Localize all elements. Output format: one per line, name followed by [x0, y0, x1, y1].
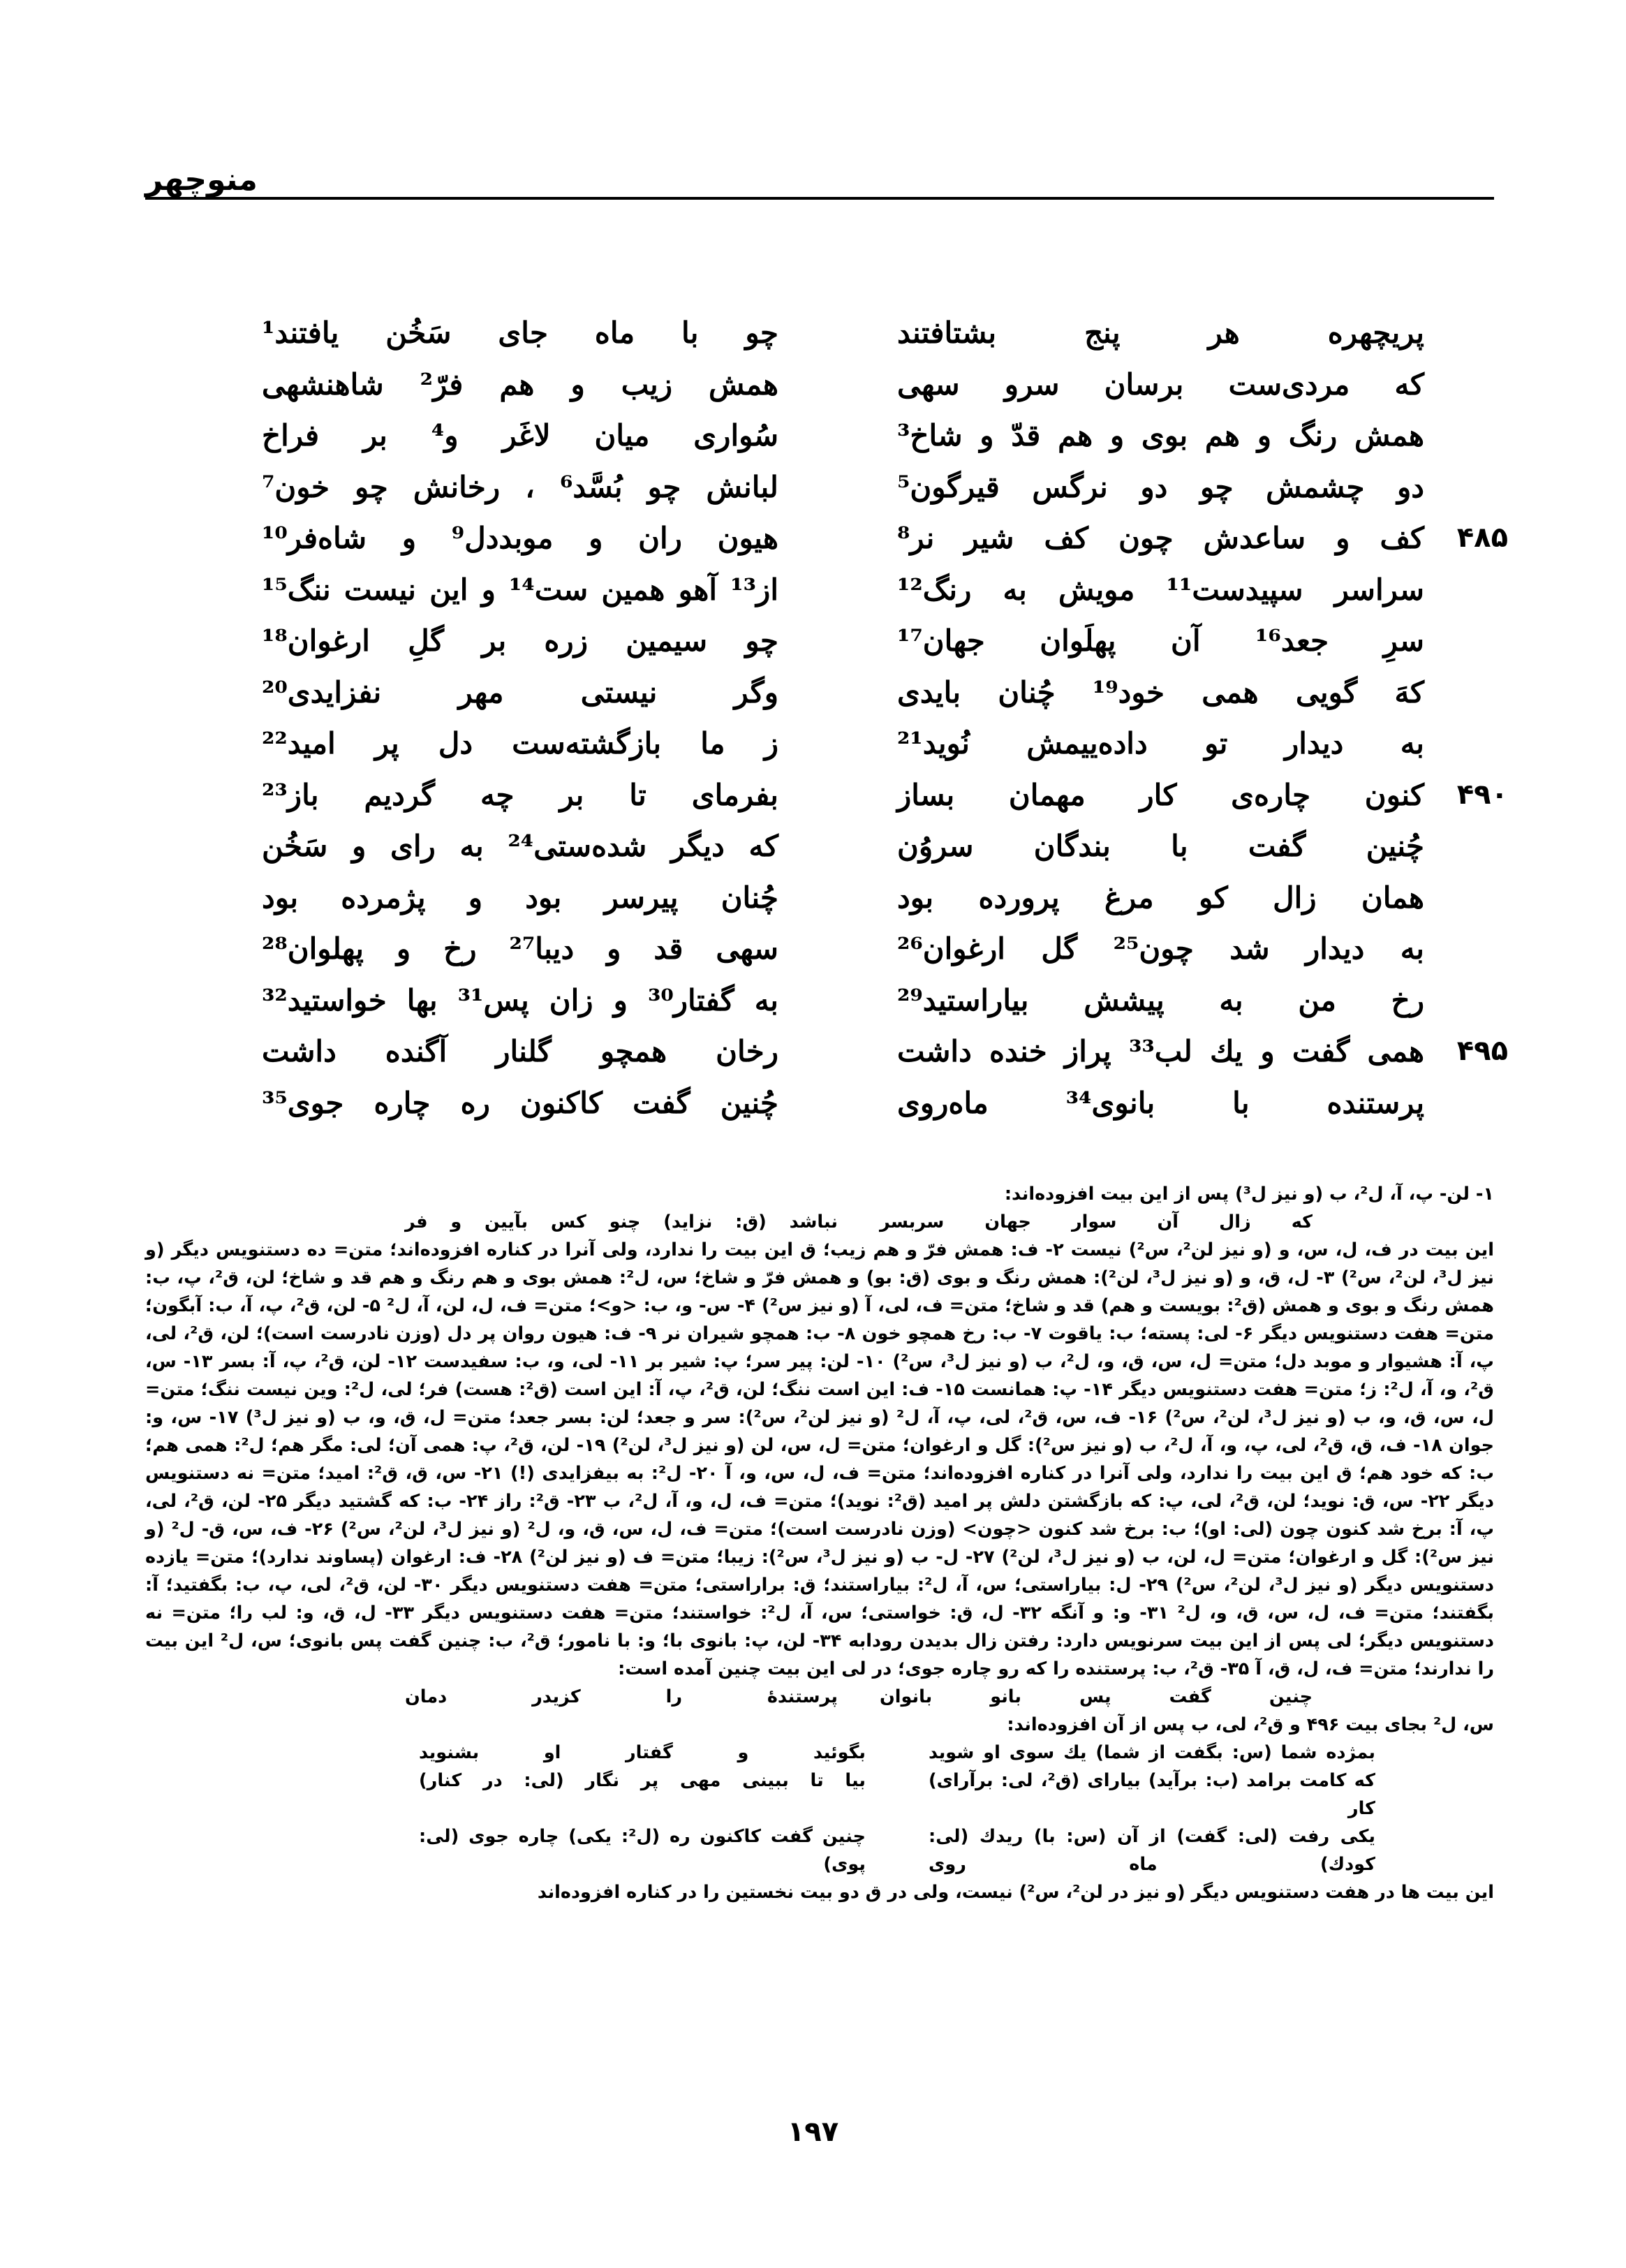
verse-row: رخ من به پیشش بیاراستید²⁹به گفتار³⁰ و زا… [251, 975, 1424, 1026]
hemistich-second: نباشد (ق: نزاید) چنو کس بآیین و فر [405, 1208, 838, 1236]
footnote-closing: این بیت ها در هفت دستنویس دیگر (و نیز در… [145, 1878, 1494, 1906]
running-header-title: منوچهر [145, 162, 258, 198]
verse-row: کهَ گویی همی خود¹⁹ چُنان بایدیوگر نیستی … [251, 667, 1424, 719]
hemistich-second: سهی قد و دیبا²⁷ رخ و پهلوان²⁸ [262, 923, 778, 975]
hemistich-second: پرستندهٔ را کزیدر دمان [405, 1683, 838, 1711]
verse-row: همش رنگ و هم بوی و هم قدّ و شاخ³سُواری م… [251, 410, 1424, 462]
verse-row: سرِ جعد¹⁶ آن پهلَوان جهان¹⁷چو سیمین زره … [251, 615, 1424, 667]
hemistich-second: سُواری میان لاغَر و⁴ بر فراخ [262, 410, 778, 462]
hemistich-second: لبانش چو بُسَّد⁶ ، رخانش چو خون⁷ [262, 462, 778, 513]
header-rule [145, 197, 1494, 200]
hemistich-second: ز ما بازگشته‌ست دل پر امید²² [262, 718, 778, 769]
hemistich-first: سراسر سپیدست¹¹ مویش به رنگ¹² [897, 564, 1424, 616]
hemistich-first: که مردی‌ست برسان سرو سهی [897, 359, 1424, 411]
verse-number: ۴۹۵ [1457, 1026, 1508, 1077]
footnotes-section: ۱- لن- پ، آ، ل²، ب (و نیز ل³) پس از این … [145, 1180, 1494, 1906]
hemistich-second: همش زیب و هم فرّ² شاهنشهی [262, 359, 778, 411]
hemistich-first: همش رنگ و هم بوی و هم قدّ و شاخ³ [897, 410, 1424, 462]
hemistich-first: پریچهره هر پنج بشتافتند [897, 307, 1424, 359]
footnote-added-verse: که کامت برامد (ب: برآید) بیارای (ق²، لی:… [145, 1767, 1494, 1822]
hemistich-first: کهَ گویی همی خود¹⁹ چُنان بایدی [897, 667, 1424, 719]
hemistich-second: هیون ران و موبددل⁹ و شاه‌فر¹⁰ [262, 513, 778, 564]
footnote-added-verse: یکی رفت (لی: گفت) از آن (س: با) ریدك (لی… [145, 1822, 1494, 1878]
hemistich-first: که کامت برامد (ب: برآید) بیارای (ق²، لی:… [929, 1767, 1375, 1822]
footnote-intro: ۱- لن- پ، آ، ل²، ب (و نیز ل³) پس از این … [145, 1180, 1494, 1208]
hemistich-first: چنین گفت پس بانو بانوان [880, 1683, 1313, 1711]
hemistich-first: سرِ جعد¹⁶ آن پهلَوان جهان¹⁷ [897, 615, 1424, 667]
hemistich-second: که دیگر شده‌ستی²⁴ به رای و سَخُن [262, 820, 778, 872]
hemistich-second: بیا تا ببینی مهی پر نگار (لی: در کنار) [419, 1767, 866, 1822]
footnote-added-verse: بمژده شما (س: بگفت از شما) یك سوی او شوی… [145, 1739, 1494, 1767]
verse-row: چُنین گفت با بندگان سروُنکه دیگر شده‌ستی… [251, 820, 1424, 872]
hemistich-first: کف و ساعدش چون کف شیر نر⁸ [897, 513, 1424, 564]
page-number: ۱۹۷ [0, 2116, 1626, 2148]
verse-row: ۴۹۰کنون چاره‌ی کار مهمان بسازبفرمای تا ب… [251, 769, 1424, 821]
hemistich-second: چنین گفت کاکنون ره (ل²: یکی) چاره جوی (ل… [419, 1822, 866, 1878]
hemistich-second: بفرمای تا بر چه گردیم باز²³ [262, 769, 778, 821]
hemistich-second: بگوئید و گفتار او بشنوید [419, 1739, 866, 1767]
verse-row: به دیدار تو داده‌ییمش نُوید²¹ز ما بازگشت… [251, 718, 1424, 769]
hemistich-second: چُنین گفت کاکنون ره چاره جوی³⁵ [262, 1077, 778, 1129]
hemistich-second: رخان همچو گلنار آگنده داشت [262, 1026, 778, 1077]
verse-body: پریچهره هر پنج بشتافتندچو با ماه جای سَخ… [251, 307, 1424, 1128]
verse-number: ۴۹۰ [1457, 769, 1508, 820]
footnote-added-verse: که زال آن سوار جهان سربسر نباشد (ق: نزای… [145, 1208, 1494, 1236]
hemistich-first: دو چشمش چو دو نرگس قیرگون⁵ [897, 462, 1424, 513]
verse-row: ۴۹۵همی گفت و یك لب³³ پراز خنده داشترخان … [251, 1026, 1424, 1077]
footnote-paragraph: س، ل² بجای بیت ۴۹۶ و ق²، لی، ب پس از آن … [145, 1711, 1494, 1739]
hemistich-second: از¹³ آهو همین ست¹⁴ و این نیست ننگ¹⁵ [262, 564, 778, 616]
verse-row: ۴۸۵کف و ساعدش چون کف شیر نر⁸هیون ران و م… [251, 513, 1424, 564]
hemistich-first: همان زال کو مرغ پرورده بود [897, 872, 1424, 924]
hemistich-first: همی گفت و یك لب³³ پراز خنده داشت [897, 1026, 1424, 1077]
verse-row: سراسر سپیدست¹¹ مویش به رنگ¹²از¹³ آهو همی… [251, 564, 1424, 616]
verse-row: که مردی‌ست برسان سرو سهیهمش زیب و هم فرّ… [251, 359, 1424, 411]
footnote-paragraph: این بیت در ف، ل، س، و (و نیز لن²، س²) نی… [145, 1236, 1494, 1683]
hemistich-first: به دیدار شد چون²⁵ گل ارغوان²⁶ [897, 923, 1424, 975]
hemistich-second: چو با ماه جای سَخُن یافتند¹ [262, 307, 778, 359]
hemistich-first: یکی رفت (لی: گفت) از آن (س: با) ریدك (لی… [929, 1822, 1375, 1878]
verse-row: همان زال کو مرغ پرورده بودچُنان پیرسر بو… [251, 872, 1424, 924]
hemistich-first: بمژده شما (س: بگفت از شما) یك سوی او شوی… [929, 1739, 1375, 1767]
hemistich-second: چُنان پیرسر بود و پژمرده بود [262, 872, 778, 924]
hemistich-second: به گفتار³⁰ و زان پس³¹ بها خواستید³² [262, 975, 778, 1026]
verse-row: به دیدار شد چون²⁵ گل ارغوان²⁶سهی قد و دی… [251, 923, 1424, 975]
hemistich-first: کنون چاره‌ی کار مهمان بساز [897, 769, 1424, 821]
verse-row: پریچهره هر پنج بشتافتندچو با ماه جای سَخ… [251, 307, 1424, 359]
verse-row: دو چشمش چو دو نرگس قیرگون⁵لبانش چو بُسَّ… [251, 462, 1424, 513]
hemistich-first: رخ من به پیشش بیاراستید²⁹ [897, 975, 1424, 1026]
verse-number: ۴۸۵ [1457, 513, 1508, 564]
footnote-added-verse: چنین گفت پس بانو بانوان پرستندهٔ را کزید… [145, 1683, 1494, 1711]
hemistich-first: به دیدار تو داده‌ییمش نُوید²¹ [897, 718, 1424, 769]
hemistich-first: پرستنده با بانوی³⁴ ماه‌روی [897, 1077, 1424, 1129]
verse-row: پرستنده با بانوی³⁴ ماه‌رویچُنین گفت کاکن… [251, 1077, 1424, 1129]
hemistich-second: وگر نیستی مهر نفزایدی²⁰ [262, 667, 778, 719]
hemistich-first: که زال آن سوار جهان سربسر [880, 1208, 1313, 1236]
hemistich-second: چو سیمین زره بر گلِ ارغوان¹⁸ [262, 615, 778, 667]
hemistich-first: چُنین گفت با بندگان سروُن [897, 820, 1424, 872]
